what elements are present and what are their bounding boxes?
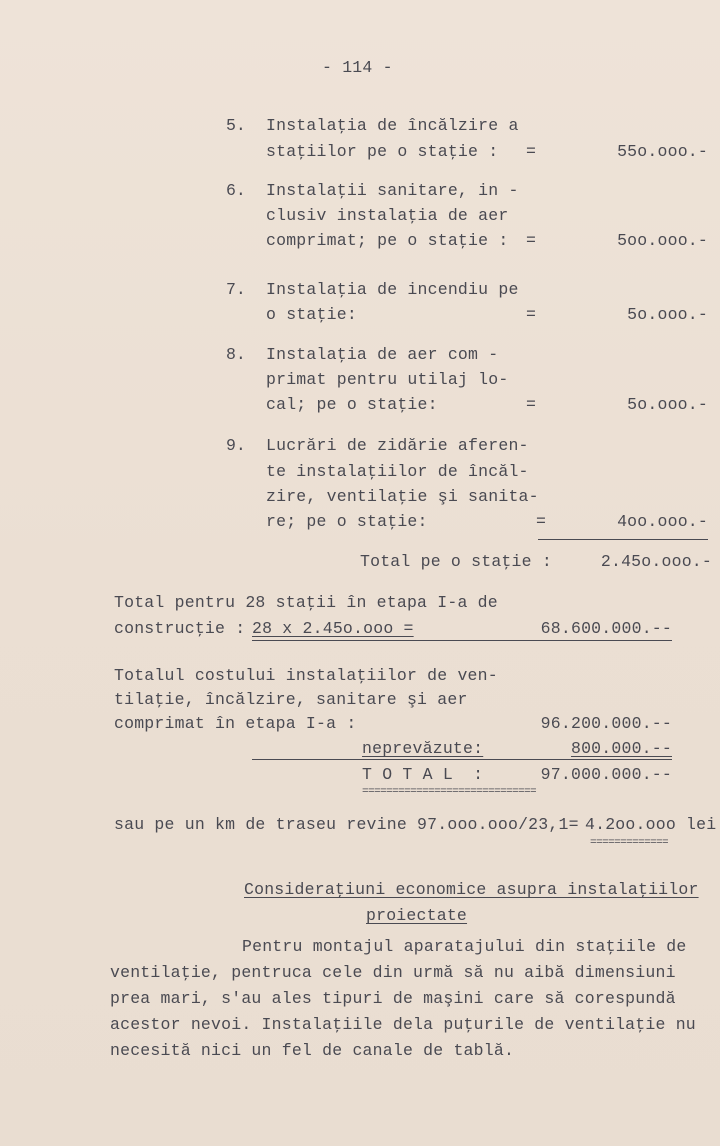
per-km-text: sau pe un km de traseu revine 97.ooo.ooo… (114, 815, 589, 835)
item-equals: = (526, 395, 536, 415)
grand-total-value: 97.000.000.-- (500, 765, 672, 785)
paragraph-line: necesită nici un fel de canale de tablă. (110, 1041, 514, 1061)
unforeseen-rule (252, 759, 672, 760)
total-cost-line: tilaţie, încălzire, sanitare şi aer (114, 690, 468, 710)
paragraph-line: Pentru montajul aparatajului din staţiil… (242, 937, 686, 957)
item-number: 5. (226, 116, 246, 136)
item-text-line: zire, ventilaţie şi sanita- (266, 487, 539, 507)
grand-total-label: T O T A L : (362, 765, 483, 785)
total-cost-line: Totalul costului instalaţiilor de ven- (114, 666, 498, 686)
item-text-line: Instalaţia de incendiu pe (266, 280, 519, 300)
paragraph-line: acestor nevoi. Instalaţiile dela puţuril… (110, 1015, 696, 1035)
paragraph-line: prea mari, s'au ales tipuri de maşini ca… (110, 989, 676, 1009)
item-value: 5o.ooo.- (560, 395, 708, 415)
item-number: 8. (226, 345, 246, 365)
item-value: 5o.ooo.- (560, 305, 708, 325)
item-text-line: o staţie: (266, 305, 357, 325)
item-value: 55o.ooo.- (560, 142, 708, 162)
paragraph-line: ventilaţie, pentruca cele din urmă să nu… (110, 963, 676, 983)
item-value: 4oo.ooo.- (560, 512, 708, 532)
item-equals: = (526, 231, 536, 251)
item-text-line: Instalaţia de aer com - (266, 345, 498, 365)
item-text-line: re; pe o staţie: (266, 512, 428, 532)
total-cost-value: 96.200.000.-- (500, 714, 672, 734)
total-28-formula: 28 x 2.45o.ooo = (252, 619, 414, 639)
item-equals: = (526, 142, 536, 162)
total-28-label: construcţie : (114, 619, 255, 639)
item-number: 9. (226, 436, 246, 456)
unforeseen-value: 800.000.-- (500, 739, 672, 759)
item-number: 7. (226, 280, 246, 300)
subtotal-rule (538, 539, 708, 540)
item-text-line: Instalaţia de încălzire a (266, 116, 519, 136)
total-28-line1: Total pentru 28 staţii în etapa I-a de (114, 593, 498, 613)
item-text-line: comprimat; pe o staţie : (266, 231, 508, 251)
total-per-station-label: Total pe o staţie : (360, 552, 552, 572)
page-number: - 114 - (322, 58, 393, 78)
item-value: 5oo.ooo.- (560, 231, 708, 251)
section-title: Consideraţiuni economice asupra instalaţ… (244, 880, 699, 900)
item-equals: = (526, 305, 536, 325)
item-text-line: primat pentru utilaj lo- (266, 370, 508, 390)
item-number: 6. (226, 181, 246, 201)
item-text-line: clusiv instalaţia de aer (266, 206, 508, 226)
unforeseen-label: neprevăzute: (362, 739, 483, 759)
section-title-cont: proiectate (366, 906, 467, 926)
total-28-value: 68.600.000.-- (500, 619, 672, 639)
document-page: - 114 - 5. Instalaţia de încălzire a sta… (0, 0, 720, 1146)
item-equals: = (536, 512, 546, 532)
item-text-line: staţiilor pe o staţie : (266, 142, 498, 162)
total-cost-line: comprimat în etapa I-a : (114, 714, 356, 734)
item-text-line: Instalaţii sanitare, in - (266, 181, 519, 201)
item-text-line: Lucrări de zidărie aferen- (266, 436, 529, 456)
total-per-station-value: 2.45o.ooo.- (560, 552, 712, 572)
total-28-rule (252, 640, 672, 641)
grand-total-double-rule: ============================= (362, 787, 668, 797)
item-text-line: cal; pe o staţie: (266, 395, 438, 415)
item-text-line: te instalaţiilor de încăl- (266, 462, 529, 482)
per-km-value: 4.2oo.ooo lei (585, 815, 716, 835)
per-km-double-rule: ============= (590, 838, 714, 848)
